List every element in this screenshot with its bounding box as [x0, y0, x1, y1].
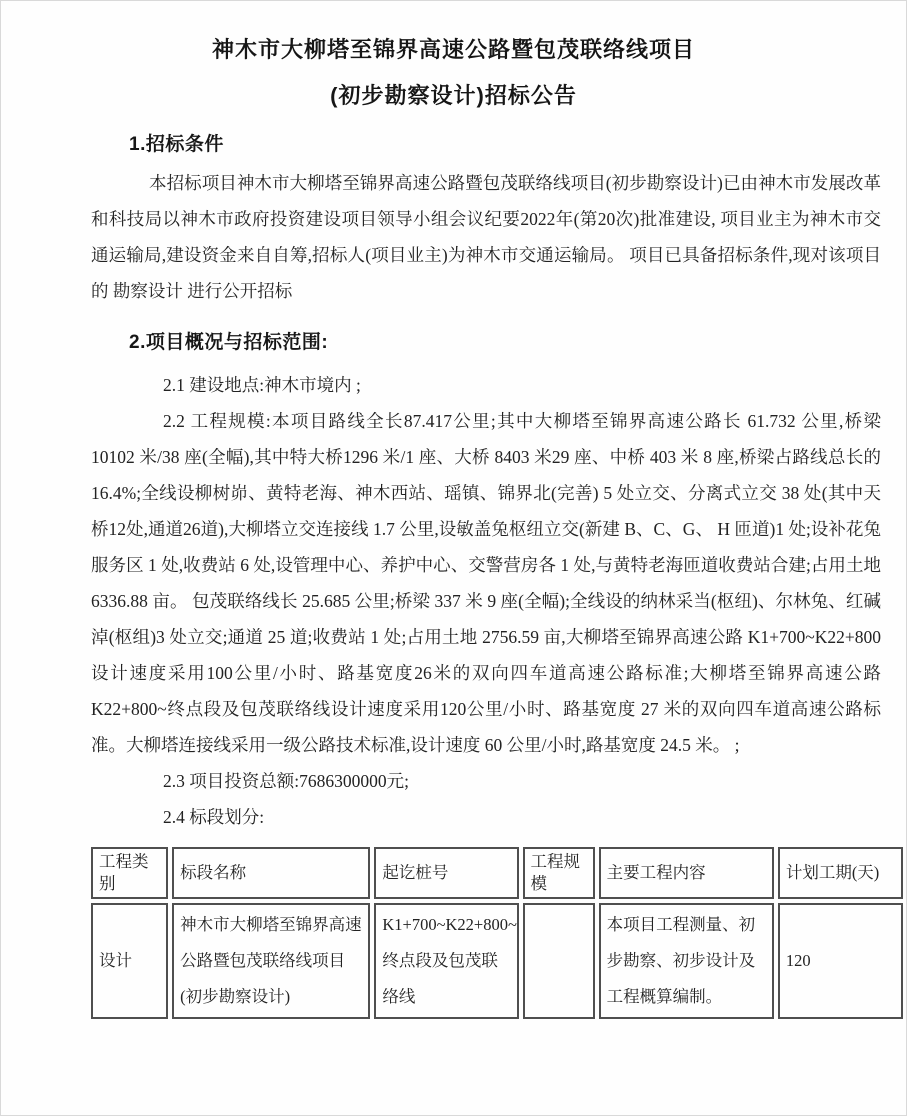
bid-sections-table: 工程类别 标段名称 起讫桩号 工程规模 主要工程内容 计划工期(天) 设计 神木…	[87, 843, 907, 1023]
table-header-project-type: 工程类别	[91, 847, 168, 899]
document-body: 1.招标条件 本招标项目神木市大柳塔至锦界高速公路暨包茂联络线项目(初步勘察设计…	[1, 131, 906, 1023]
item-2-2-project-scale: 2.2 工程规模:本项目路线全长87.417公里;其中大柳塔至锦界高速公路长 6…	[91, 403, 881, 763]
cell-section-name: 神木市大柳塔至锦界高速公路暨包茂联络线项目(初步勘察设计)	[172, 903, 370, 1019]
tender-announcement-document: 神木市大柳塔至锦界高速公路暨包茂联络线项目 (初步勘察设计)招标公告 1.招标条…	[0, 0, 907, 1116]
table-row: 设计 神木市大柳塔至锦界高速公路暨包茂联络线项目(初步勘察设计) K1+700~…	[91, 903, 903, 1019]
section-heading-project-overview: 2.项目概况与招标范围:	[129, 329, 881, 357]
table-header-project-scale: 工程规模	[523, 847, 595, 899]
document-title-line1: 神木市大柳塔至锦界高速公路暨包茂联络线项目	[1, 1, 906, 65]
cell-project-scale	[523, 903, 595, 1019]
cell-planned-duration: 120	[778, 903, 903, 1019]
item-2-1-location: 2.1 建设地点:神木市境内 ;	[91, 367, 881, 403]
table-header-section-name: 标段名称	[172, 847, 370, 899]
table-header-main-content: 主要工程内容	[599, 847, 774, 899]
item-2-3-total-investment: 2.3 项目投资总额:7686300000元;	[91, 763, 881, 799]
cell-stake-range: K1+700~K22+800~终点段及包茂联络线	[374, 903, 518, 1019]
document-title-line2: (初步勘察设计)招标公告	[1, 81, 906, 111]
item-2-4-section-division: 2.4 标段划分:	[91, 799, 881, 835]
bid-conditions-paragraph: 本招标项目神木市大柳塔至锦界高速公路暨包茂联络线项目(初步勘察设计)已由神木市发…	[91, 165, 881, 309]
table-header-planned-duration: 计划工期(天)	[778, 847, 903, 899]
section-heading-bid-conditions: 1.招标条件	[129, 131, 881, 159]
cell-project-type: 设计	[91, 903, 168, 1019]
table-header-row: 工程类别 标段名称 起讫桩号 工程规模 主要工程内容 计划工期(天)	[91, 847, 903, 899]
table-header-stake-range: 起讫桩号	[374, 847, 518, 899]
cell-main-content: 本项目工程测量、初步勘察、初步设计及工程概算编制。	[599, 903, 774, 1019]
document-title-block: 神木市大柳塔至锦界高速公路暨包茂联络线项目 (初步勘察设计)招标公告	[1, 1, 906, 111]
